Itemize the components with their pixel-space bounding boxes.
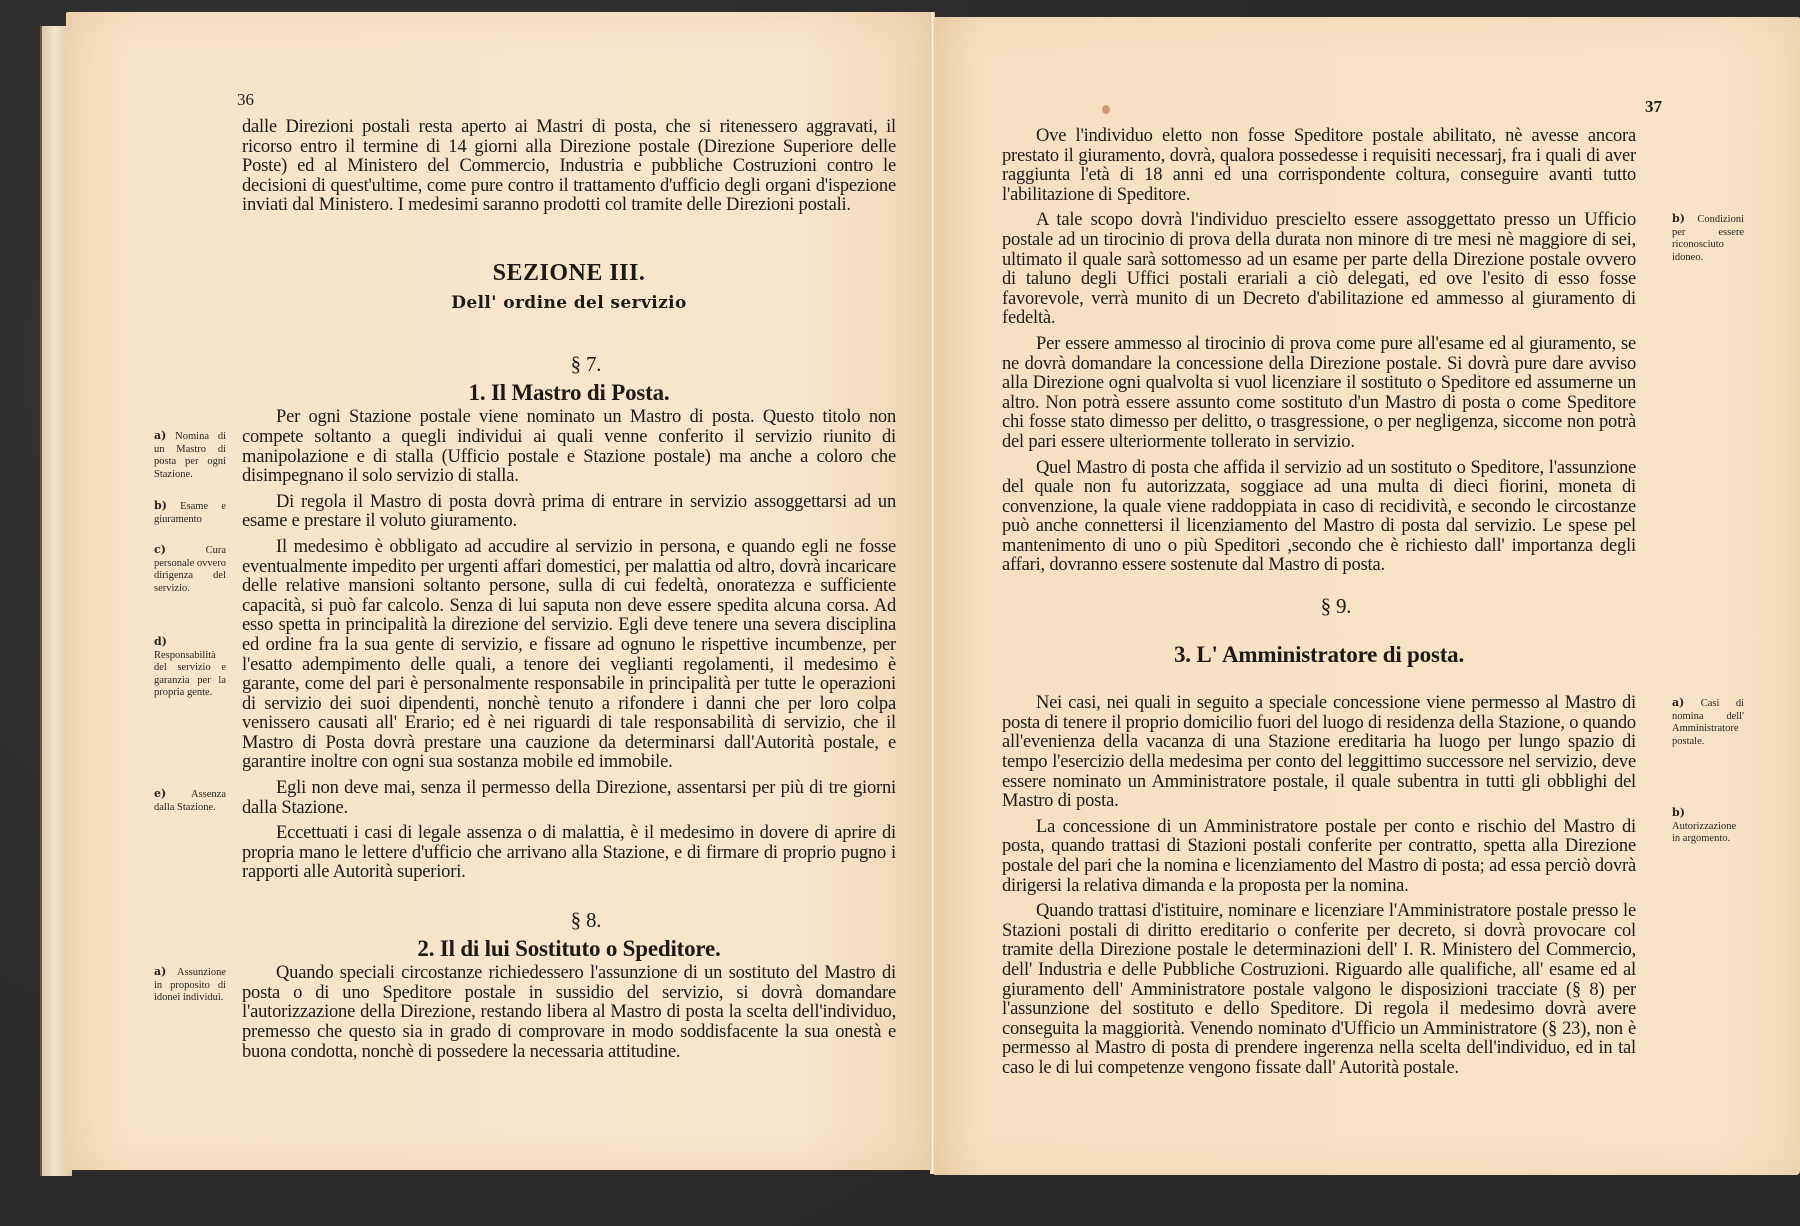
margin-note: a) Nomina di un Mastro di posta per ogni…	[154, 430, 226, 481]
margin-note: e) Assenza dalla Stazione.	[154, 788, 226, 814]
margin-note: d) Responsabilità del servizio e garanzi…	[154, 636, 226, 700]
page-left: 36 dalle Direzioni postali resta aperto …	[66, 12, 932, 1170]
body-paragraph: Il medesimo è obbligato ad accudire al s…	[242, 538, 896, 773]
body-paragraph: Quel Mastro di posta che affida il servi…	[1002, 459, 1636, 577]
left-text-top: dalle Direzioni postali resta aperto ai …	[242, 118, 896, 222]
page-number: 37	[1645, 97, 1662, 117]
body-paragraph: A tale scopo dovrà l'individuo prescielt…	[1002, 211, 1636, 329]
margin-note: a) Assunzione in proposito di idonei ind…	[154, 966, 226, 1005]
page-right: 37 Ove l'individuo eletto non fosse Sped…	[934, 17, 1800, 1175]
paragraph-mark-9: § 9.	[1002, 597, 1636, 617]
margin-note: a) Casi di nomina dell' Amministratore p…	[1672, 697, 1744, 748]
left-text-main: SEZIONE III. Dell' ordine del servizio §…	[242, 264, 896, 1068]
margin-note: c) Cura personale ovvero dirigenza del s…	[154, 544, 226, 595]
body-paragraph: Nei casi, nei quali in seguito a special…	[1002, 694, 1636, 812]
body-paragraph: Per essere ammesso al tirocinio di prova…	[1002, 335, 1636, 453]
chapter-title-mastro: 1. Il Mastro di Posta.	[242, 383, 896, 403]
body-paragraph: Eccettuati i casi di legale assenza o di…	[242, 824, 896, 883]
page-number: 36	[237, 90, 254, 110]
body-paragraph: La concessione di un Amministratore post…	[1002, 818, 1636, 896]
margin-note: b) Esame e giuramento	[154, 500, 226, 526]
section-subtitle: Dell' ordine del servizio	[242, 294, 896, 314]
open-book-spread: 36 dalle Direzioni postali resta aperto …	[40, 12, 1785, 1180]
body-paragraph: Quando speciali circostanze richiedesser…	[242, 964, 896, 1062]
paragraph-mark-7: § 7.	[242, 355, 896, 375]
body-paragraph: Egli non deve mai, senza il permesso del…	[242, 779, 896, 818]
body-paragraph: Quando trattasi d'istituire, nominare e …	[1002, 902, 1636, 1078]
paragraph-mark-8: § 8.	[242, 911, 896, 931]
section-title: SEZIONE III.	[242, 264, 896, 284]
body-paragraph: Ove l'individuo eletto non fosse Spedito…	[1002, 127, 1636, 205]
paper-stain	[1102, 105, 1110, 114]
body-paragraph: Di regola il Mastro di posta dovrà prima…	[242, 493, 896, 532]
chapter-title-amministratore: 3. L' Amministratore di posta.	[1002, 645, 1636, 665]
right-text-para9: § 9. 3. L' Amministratore di posta. Nei …	[1002, 597, 1636, 1084]
margin-note: b) Condizioni per essere riconosciuto id…	[1672, 213, 1744, 264]
chapter-title-sostituto: 2. Il di lui Sostituto o Speditore.	[242, 939, 896, 959]
right-text-top: Ove l'individuo eletto non fosse Spedito…	[1002, 127, 1636, 582]
margin-note: b) Autorizzazione in argomento.	[1672, 807, 1744, 846]
intro-paragraph: dalle Direzioni postali resta aperto ai …	[242, 118, 896, 216]
body-paragraph: Per ogni Stazione postale viene nominato…	[242, 408, 896, 486]
